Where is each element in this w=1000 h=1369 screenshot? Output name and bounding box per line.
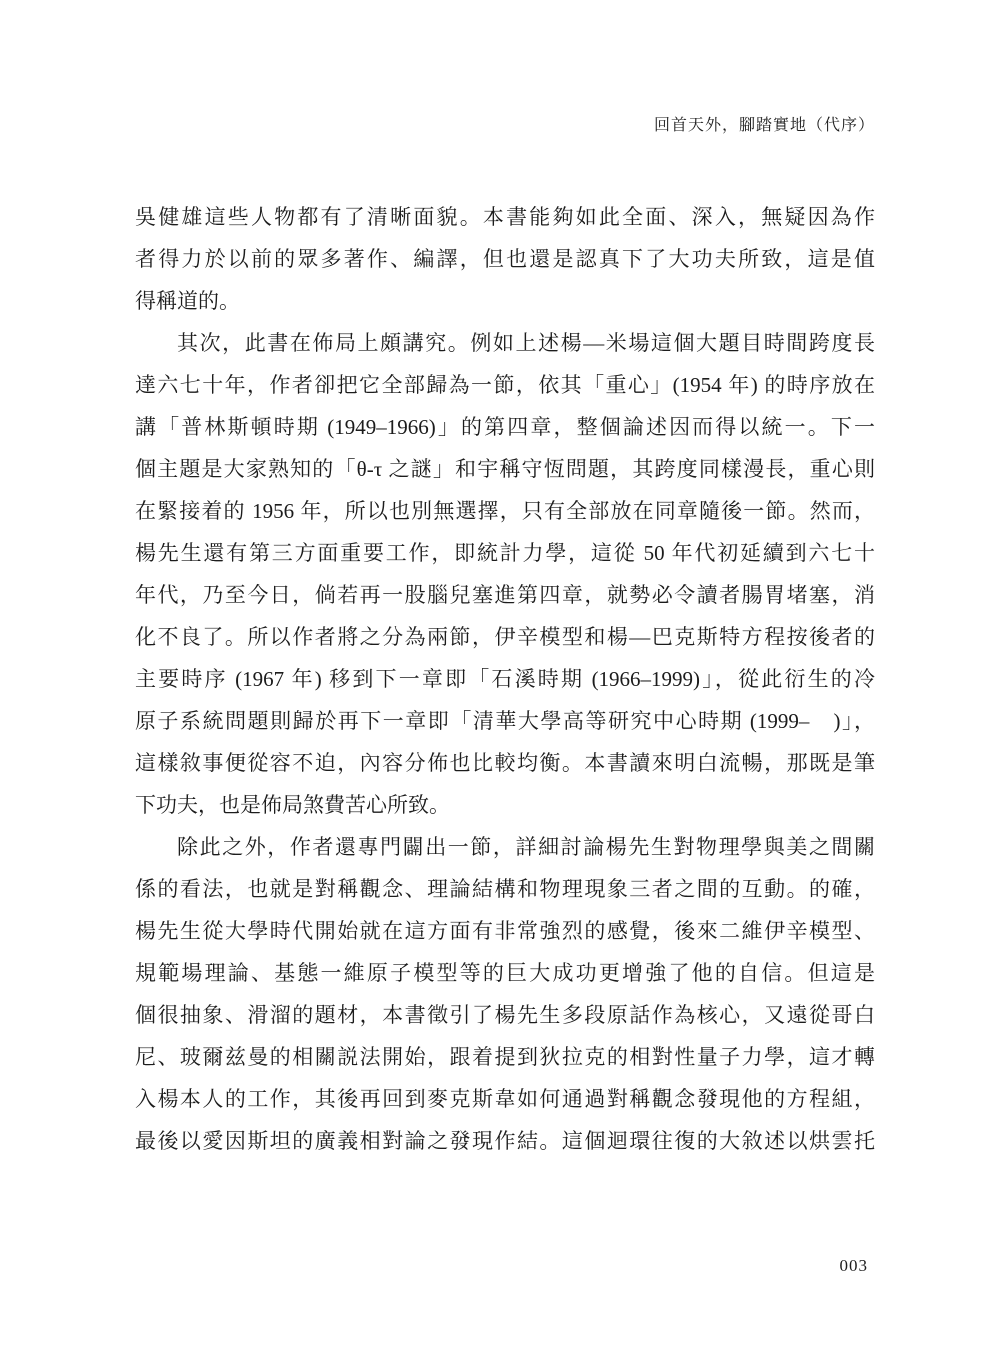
page-number: 003 [840,1256,869,1276]
text-line: 規範場理論、基態一維原子模型等的巨大成功更增強了他的自信。但這是 [135,952,875,994]
text-line: 主要時序 (1967 年) 移到下一章即「石溪時期 (1966–1999)」，從… [135,658,875,700]
text-line: 年代，乃至今日，倘若再一股腦兒塞進第四章，就勢必令讀者腸胃堵塞，消 [135,574,875,616]
paragraph: 吳健雄這些人物都有了清晰面貌。本書能夠如此全面、深入，無疑因為作者得力於以前的眾… [135,196,875,322]
text-line: 楊先生還有第三方面重要工作，即統計力學，這從 50 年代初延續到六七十 [135,532,875,574]
text-line: 化不良了。所以作者將之分為兩節，伊辛模型和楊—巴克斯特方程按後者的 [135,616,875,658]
text-line: 吳健雄這些人物都有了清晰面貌。本書能夠如此全面、深入，無疑因為作 [135,196,875,238]
text-line: 在緊接着的 1956 年，所以也別無選擇，只有全部放在同章隨後一節。然而， [135,490,875,532]
text-line: 其次，此書在佈局上頗講究。例如上述楊—米場這個大題目時間跨度長 [135,322,875,364]
text-line: 達六七十年，作者卻把它全部歸為一節，依其「重心」(1954 年) 的時序放在 [135,364,875,406]
text-line: 最後以愛因斯坦的廣義相對論之發現作結。這個迴環往復的大敘述以烘雲托 [135,1120,875,1162]
text-line: 得稱道的。 [135,280,875,322]
text-line: 者得力於以前的眾多著作、編譯，但也還是認真下了大功夫所致，這是值 [135,238,875,280]
text-line: 講「普林斯頓時期 (1949–1966)」的第四章，整個論述因而得以統一。下一 [135,406,875,448]
text-line: 係的看法，也就是對稱觀念、理論結構和物理現象三者之間的互動。的確， [135,868,875,910]
book-page: 回首天外，腳踏實地（代序） 吳健雄這些人物都有了清晰面貌。本書能夠如此全面、深入… [0,0,1000,1369]
text-line: 楊先生從大學時代開始就在這方面有非常強烈的感覺，後來二維伊辛模型、 [135,910,875,952]
text-line: 個很抽象、滑溜的題材，本書徵引了楊先生多段原話作為核心，又遠從哥白 [135,994,875,1036]
text-line: 個主題是大家熟知的「θ-τ 之謎」和宇稱守恆問題，其跨度同樣漫長，重心則 [135,448,875,490]
text-line: 除此之外，作者還專門闢出一節，詳細討論楊先生對物理學與美之間關 [135,826,875,868]
page-body: 吳健雄這些人物都有了清晰面貌。本書能夠如此全面、深入，無疑因為作者得力於以前的眾… [135,196,875,1162]
text-line: 原子系統問題則歸於再下一章即「清華大學高等研究中心時期 (1999– )」， [135,700,875,742]
text-line: 尼、玻爾兹曼的相關説法開始，跟着提到狄拉克的相對性量子力學，這才轉 [135,1036,875,1078]
paragraph: 其次，此書在佈局上頗講究。例如上述楊—米場這個大題目時間跨度長達六七十年，作者卻… [135,322,875,826]
running-header: 回首天外，腳踏實地（代序） [654,112,875,135]
paragraph: 除此之外，作者還專門闢出一節，詳細討論楊先生對物理學與美之間關係的看法，也就是對… [135,826,875,1162]
text-line: 下功夫，也是佈局煞費苦心所致。 [135,784,875,826]
text-line: 入楊本人的工作，其後再回到麥克斯韋如何通過對稱觀念發現他的方程組， [135,1078,875,1120]
text-line: 這樣敘事便從容不迫，內容分佈也比較均衡。本書讀來明白流暢，那既是筆 [135,742,875,784]
